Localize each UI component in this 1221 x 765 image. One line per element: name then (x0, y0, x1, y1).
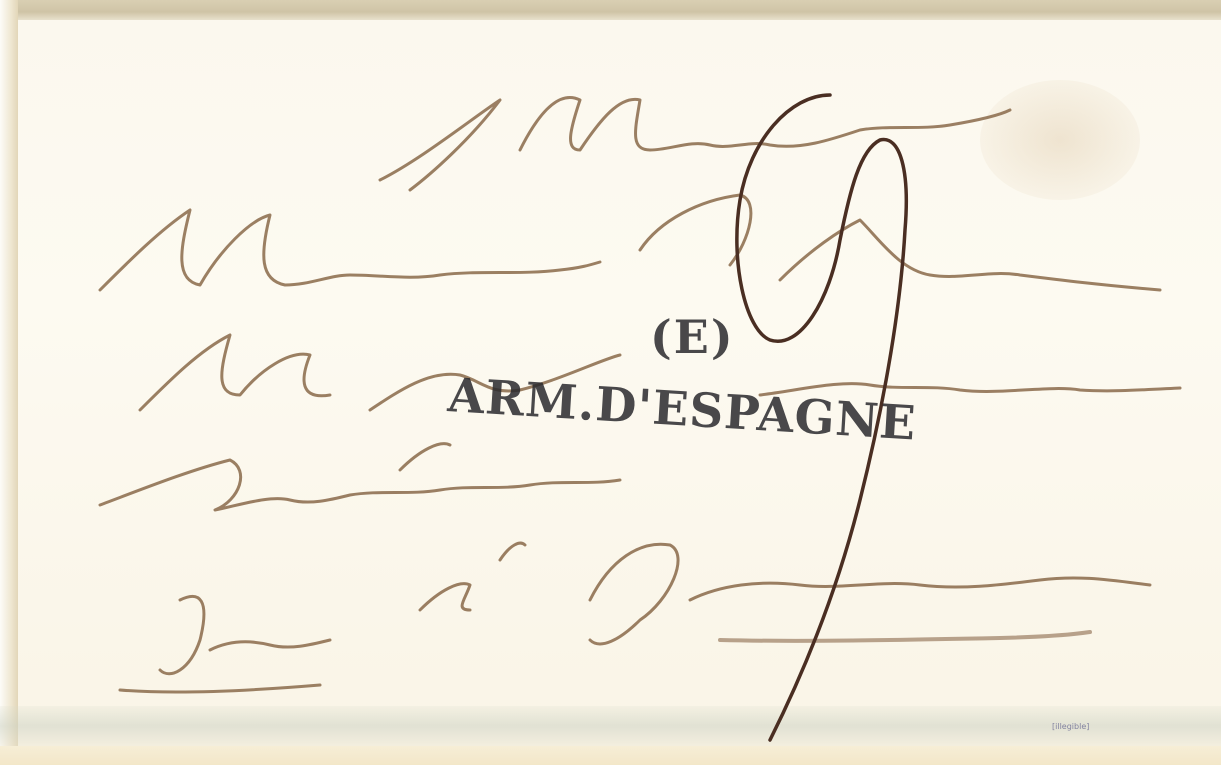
handwriting-line-5 (420, 543, 1150, 644)
handwriting-line-4 (100, 444, 620, 510)
handwriting-line-2 (100, 195, 1160, 290)
underline (720, 632, 1090, 641)
postal-marking-line-1: (E) (650, 310, 735, 364)
handwriting-line-1 (380, 97, 1010, 190)
faint-mark: [illegible] (1052, 722, 1089, 731)
letter-cover: (E) ARM.D'ESPAGNE [illegible] (0, 0, 1221, 765)
handwriting-line-6 (120, 596, 330, 692)
